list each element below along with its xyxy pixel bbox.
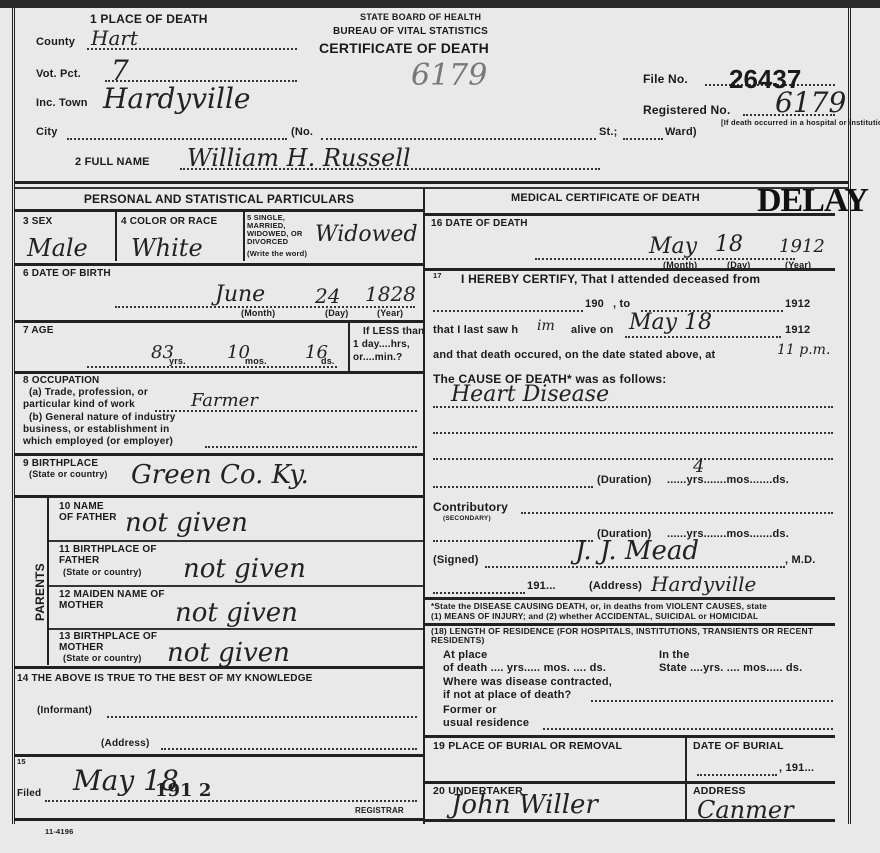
street-label: St.;: [599, 126, 618, 138]
birthplace-label: 9 BIRTHPLACE: [23, 458, 98, 469]
mother-birthplace-label: 13 BIRTHPLACE OF MOTHER: [59, 631, 159, 653]
secondary-label: (SECONDARY): [443, 515, 491, 522]
occ-b3: which employed (or employer): [23, 436, 173, 447]
last-saw-text: that I last saw h: [433, 324, 518, 336]
mother-birthplace-value: not given: [167, 638, 290, 668]
divider: [348, 322, 350, 372]
signed-value: J. J. Mead: [575, 536, 699, 566]
informant-line: [107, 716, 417, 718]
residence-label: (18) LENGTH OF RESIDENCE (FOR HOSPITALS,…: [431, 627, 835, 645]
divider: [15, 263, 423, 266]
sign-date-line: [433, 592, 525, 594]
at-place: At place: [443, 649, 487, 661]
physician-address-label: (Address): [589, 580, 642, 592]
color-label: 4 COLOR OR RACE: [121, 216, 217, 227]
bureau-label: BUREAU OF VITAL STATISTICS: [333, 26, 488, 37]
full-name-value: William H. Russell: [187, 144, 411, 172]
registered-no-label: Registered No.: [643, 103, 731, 117]
sex-value: Male: [27, 234, 88, 262]
marital-value: Widowed: [315, 222, 418, 247]
residence-line: [543, 728, 833, 730]
divider: [15, 754, 423, 757]
duration-line: [433, 486, 593, 488]
true-statement: 14 THE ABOVE IS TRUE TO THE BEST OF MY K…: [17, 673, 313, 684]
day-caption: (Day): [325, 308, 349, 318]
date-burial-year: , 191...: [779, 762, 814, 774]
footnote-1: *State the DISEASE CAUSING DEATH, or, in…: [431, 601, 767, 611]
personal-section-title: PERSONAL AND STATISTICAL PARTICULARS: [15, 192, 423, 206]
signed-line: [485, 566, 785, 568]
divider: [15, 320, 423, 323]
divider: [685, 737, 687, 819]
certificate-form: 1 PLACE OF DEATH County Hart Vot. Pct. 7…: [12, 6, 851, 824]
alive-on: alive on: [571, 324, 614, 336]
date-of-death-label: 16 DATE OF DEATH: [431, 218, 528, 229]
month-caption: (Month): [241, 308, 275, 318]
age-line: [87, 366, 337, 368]
dod-year: 1912: [779, 236, 825, 257]
mother-name-label: 12 MAIDEN NAME OF MOTHER: [59, 589, 169, 611]
ds-caption: ds.: [321, 356, 335, 366]
cause-line-3: [433, 458, 833, 460]
informant-address-line: [161, 748, 417, 750]
occ-b2: business, or establishment in: [23, 424, 169, 435]
from-suffix: , to: [613, 298, 630, 310]
file-no-label: File No.: [643, 72, 688, 86]
where-contracted: Where was disease contracted,: [443, 676, 612, 688]
last-saw-pronoun: im: [537, 318, 555, 334]
dob-year: 1828: [365, 282, 416, 306]
divider: [15, 818, 423, 821]
filed-line: [45, 800, 417, 802]
ward-line: [623, 138, 663, 140]
place-of-death-title: 1 PLACE OF DEATH: [90, 12, 208, 26]
form-code: 11-4196: [45, 828, 74, 836]
divider: [425, 781, 835, 784]
death-certificate: 1 PLACE OF DEATH County Hart Vot. Pct. 7…: [0, 0, 880, 853]
usual-residence-label: usual residence: [443, 717, 529, 729]
contributory-line: [521, 512, 833, 514]
street-no-label: (No.: [291, 126, 313, 138]
mother-birthplace-sub: (State or country): [63, 653, 142, 663]
dob-day: 24: [315, 284, 340, 308]
filed-label: Filed: [17, 788, 41, 799]
father-birthplace-value: not given: [183, 554, 306, 584]
divider: [15, 453, 423, 456]
less-min: or....min.?: [353, 352, 402, 363]
occ-b: (b) General nature of industry: [29, 412, 176, 423]
contracted-line: [591, 700, 833, 702]
undertaker-value: John Willer: [451, 790, 598, 820]
sex-label: 3 SEX: [23, 216, 52, 227]
dod-month: May: [649, 234, 697, 259]
registrar-label: REGISTRAR: [355, 806, 404, 815]
occupation-value: Farmer: [191, 390, 258, 411]
last-saw-value: May 18: [629, 310, 712, 335]
md-label: , M.D.: [785, 554, 816, 566]
divider: [115, 211, 117, 261]
occ-a2: particular kind of work: [23, 399, 135, 410]
divider: [15, 181, 848, 184]
in-the: In the: [659, 649, 690, 661]
divider: [15, 209, 423, 212]
medical-section-title: MEDICAL CERTIFICATE OF DEATH: [511, 192, 700, 204]
full-name-label: 2 FULL NAME: [75, 156, 150, 168]
divider: [49, 585, 423, 587]
less-than-label: If LESS than: [363, 326, 424, 337]
yrs-caption: yrs.: [169, 356, 186, 366]
if-not-label: if not at place of death?: [443, 689, 571, 701]
duration-units: ......yrs.......mos.......ds.: [667, 474, 789, 486]
divider: [425, 268, 835, 271]
death-time: 11 p.m.: [777, 342, 830, 358]
county-label: County: [36, 36, 75, 48]
employer-line: [205, 446, 417, 448]
state-board-label: STATE BOARD OF HEALTH: [360, 12, 481, 22]
from-line: [433, 310, 583, 312]
informant-label: (Informant): [37, 705, 92, 716]
mother-name-value: not given: [175, 598, 298, 628]
dob-month: June: [215, 282, 265, 307]
filed-number: 15: [17, 758, 26, 766]
divider: [15, 187, 848, 189]
inc-town-label: Inc. Town: [36, 97, 88, 109]
burial-date-line: [697, 774, 777, 776]
inc-town-value: Hardyville: [103, 82, 251, 115]
birthplace-sub: (State or country): [29, 469, 108, 479]
cause-value: Heart Disease: [451, 382, 609, 407]
certify-number: 17: [433, 272, 442, 280]
burial-label: 19 PLACE OF BURIAL OR REMOVAL: [433, 740, 622, 752]
column-divider: [423, 188, 425, 824]
ward-label: Ward): [665, 126, 697, 138]
handwritten-number: 6179: [411, 58, 487, 93]
city-line: [67, 138, 287, 140]
county-value: Hart: [91, 26, 138, 50]
contrib-duration-line: [433, 540, 593, 542]
sign-year: 191...: [527, 580, 556, 592]
marital-label: 5 SINGLE, MARRIED, WIDOWED, OR DIVORCED: [247, 214, 307, 246]
street-line: [321, 138, 596, 140]
divider: [15, 666, 423, 669]
of-death-line: of death .... yrs..... mos. .... ds.: [443, 662, 606, 674]
dob-label: 6 DATE OF BIRTH: [23, 268, 111, 279]
footnote-2: (1) MEANS OF INJURY; and (2) whether ACC…: [431, 611, 758, 621]
age-label: 7 AGE: [23, 325, 54, 336]
cause-line-2: [433, 432, 833, 434]
death-occurred-text: and that death occured, on the date stat…: [433, 349, 715, 361]
parents-label: PARENTS: [33, 563, 47, 621]
divider: [15, 495, 423, 498]
signed-label: (Signed): [433, 554, 479, 566]
address-label: (Address): [101, 738, 149, 749]
dod-day: 18: [715, 232, 743, 257]
father-name-label: 10 NAME OF FATHER: [59, 501, 119, 523]
marital-note: (Write the word): [247, 250, 307, 258]
city-label: City: [36, 126, 58, 138]
date-of-burial-label: DATE OF BURIAL: [693, 740, 784, 752]
duration-label: (Duration): [597, 474, 652, 486]
contributory-label: Contributory: [433, 500, 508, 514]
father-birthplace-label: 11 BIRTHPLACE OF FATHER: [59, 544, 159, 566]
divider: [49, 540, 423, 542]
vot-pct-label: Vot. Pct.: [36, 68, 81, 80]
hospital-note: [If death occurred in a hospital or inst…: [721, 119, 829, 127]
last-saw-year: 1912: [785, 324, 810, 336]
divider: [49, 628, 423, 630]
divider: [15, 371, 423, 374]
father-birthplace-sub: (State or country): [63, 567, 142, 577]
registered-no-value: 6179: [775, 86, 846, 119]
divider: [425, 213, 835, 216]
year-caption: (Year): [377, 308, 403, 318]
certify-text: I HEREBY CERTIFY, That I attended deceas…: [461, 272, 760, 286]
less-day: 1 day....hrs,: [353, 339, 410, 350]
former-label: Former or: [443, 704, 497, 716]
physician-address-value: Hardyville: [651, 572, 756, 596]
filed-year: 191 2: [155, 780, 211, 801]
occ-a: (a) Trade, profession, or: [29, 387, 148, 398]
divider: [425, 819, 835, 822]
divider: [47, 497, 49, 665]
occupation-label: 8 OCCUPATION: [23, 375, 99, 386]
last-saw-line: [625, 336, 781, 338]
certificate-title: CERTIFICATE OF DEATH: [319, 40, 489, 56]
from-year: 190: [585, 298, 604, 310]
divider: [425, 735, 835, 738]
color-value: White: [131, 234, 203, 262]
mos-caption: mos.: [245, 356, 267, 366]
birthplace-value: Green Co. Ky.: [131, 460, 309, 490]
father-name-value: not given: [125, 508, 248, 538]
to-year: 1912: [785, 298, 810, 310]
divider: [425, 597, 835, 600]
divider: [243, 211, 245, 261]
state-line: State ....yrs. .... mos..... ds.: [659, 662, 802, 674]
